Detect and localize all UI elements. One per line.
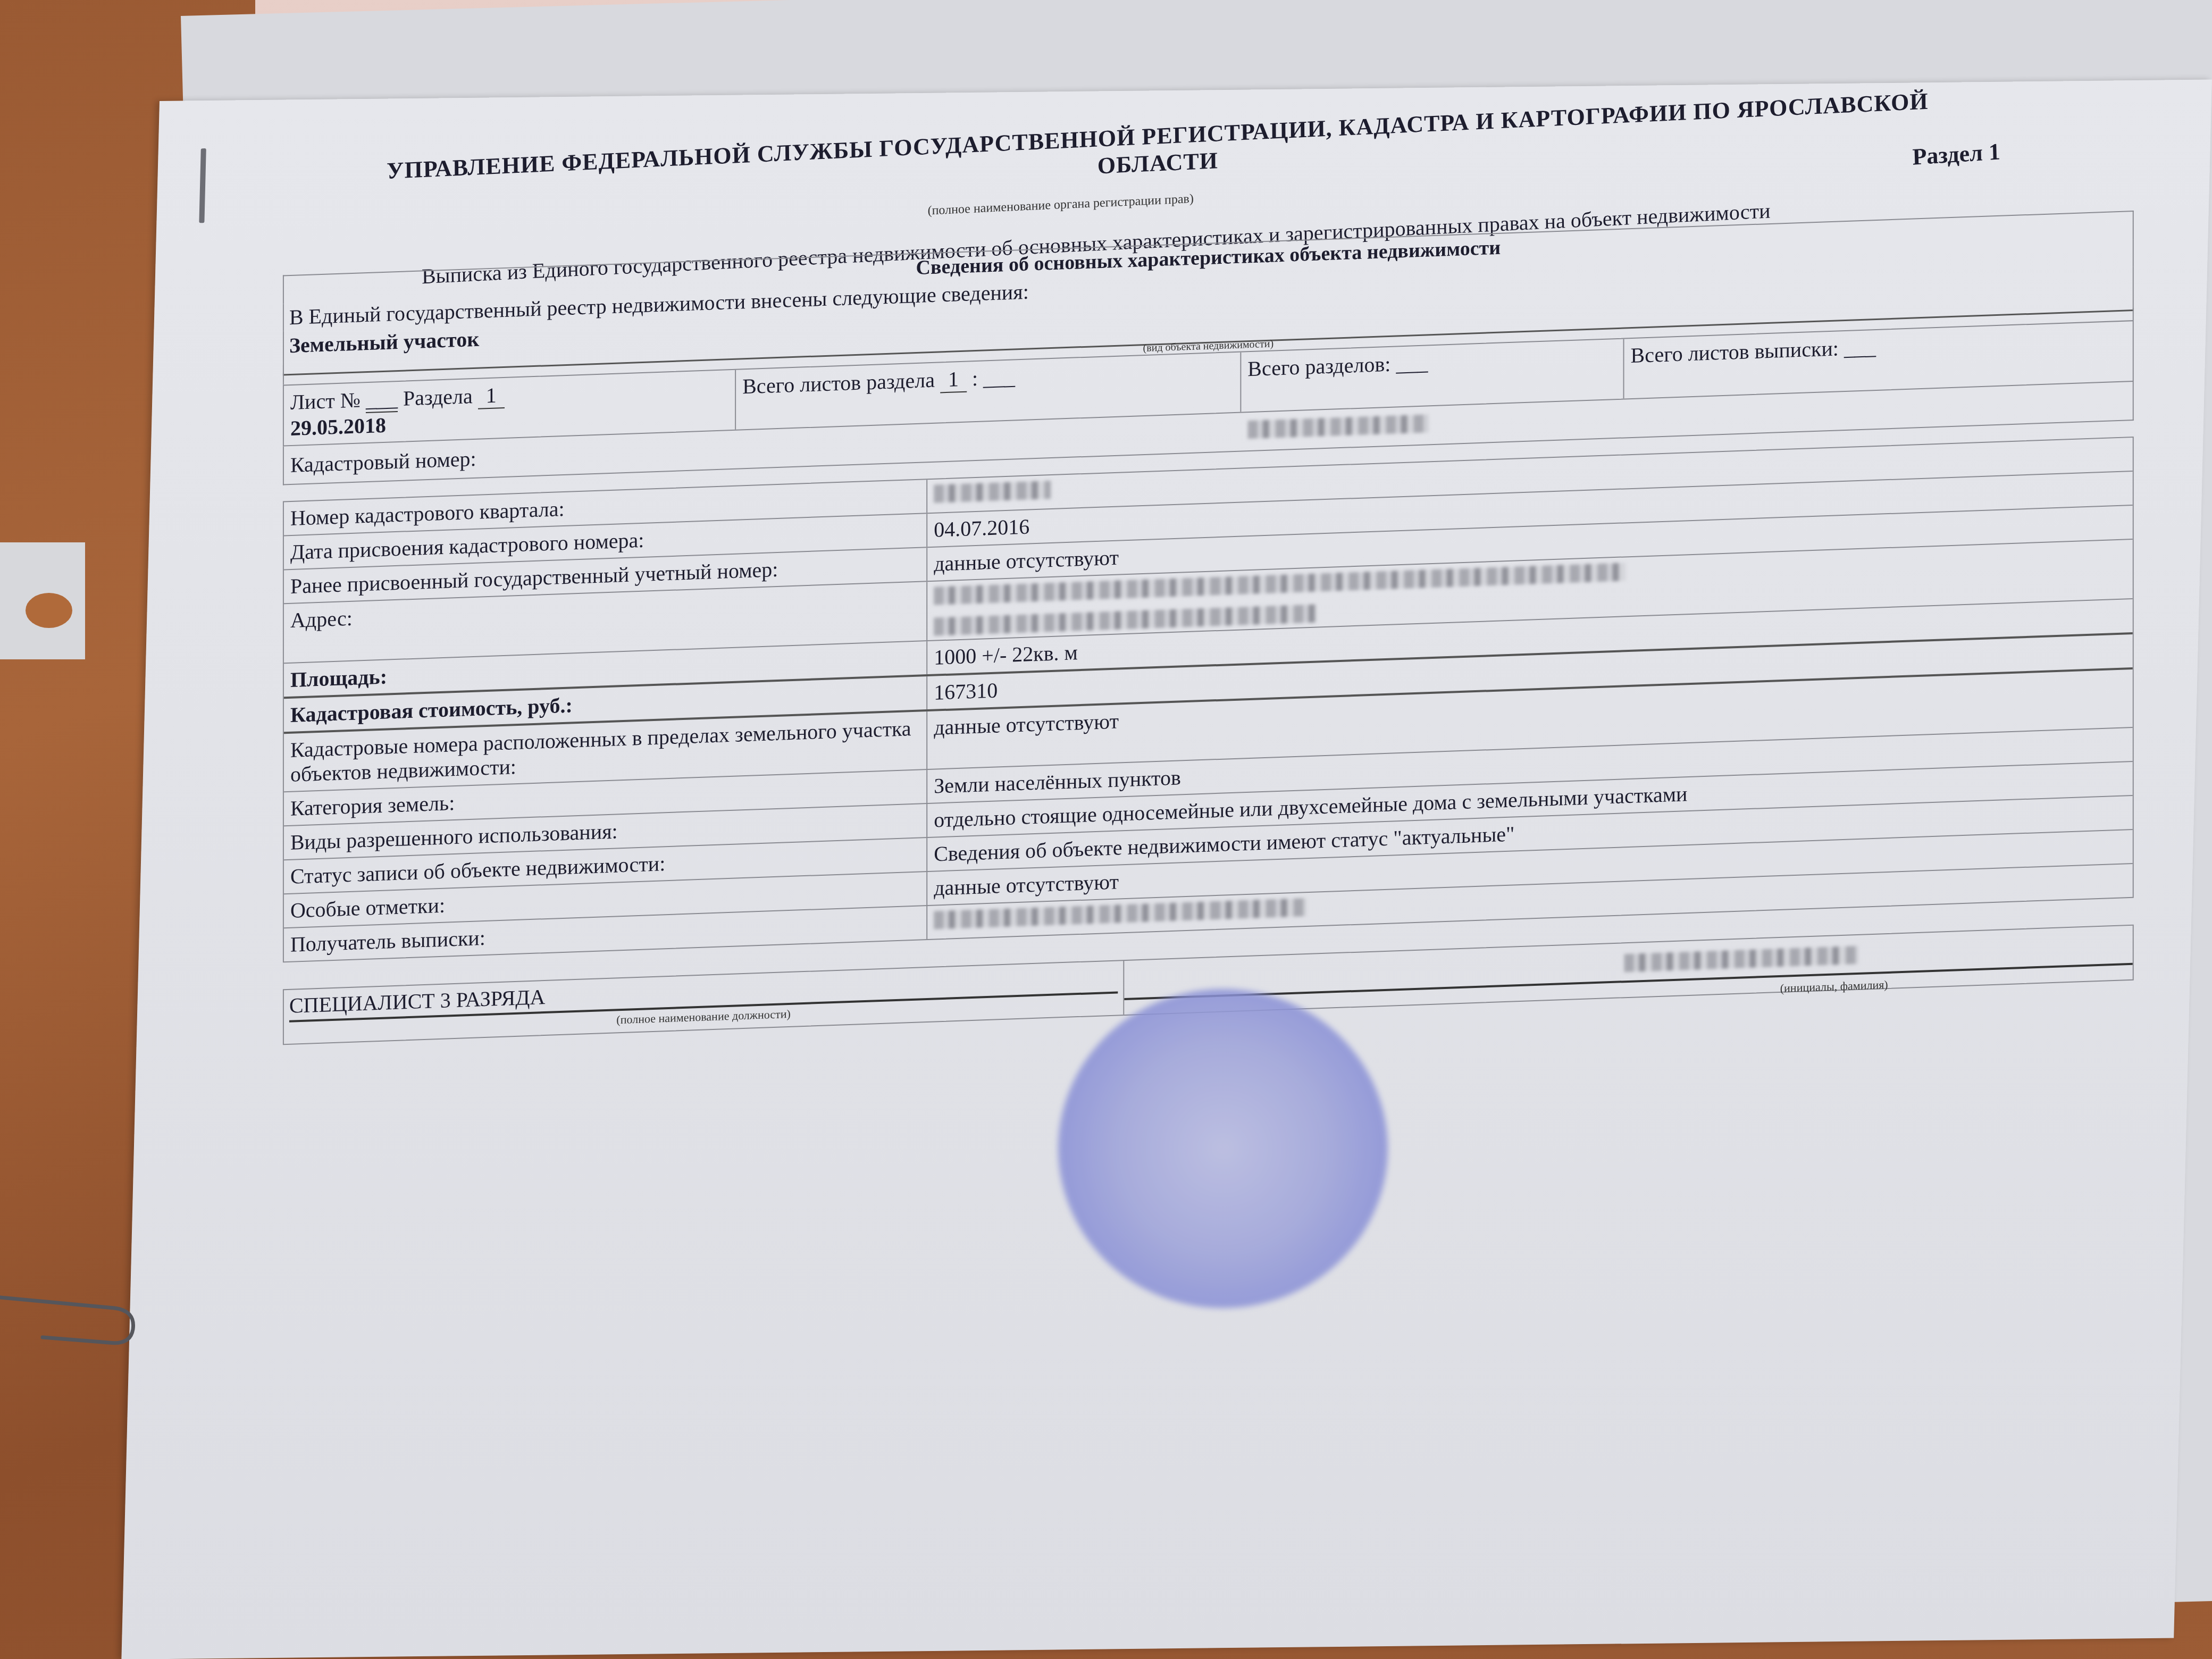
signer-position-cell: СПЕЦИАЛИСТ 3 РАЗРЯДА (полное наименовани… [284,961,1124,1044]
section-label: Раздела [403,384,473,410]
section-sheets-blank: ___ [983,365,1015,390]
document-page: УПРАВЛЕНИЕ ФЕДЕРАЛЬНОЙ СЛУЖБЫ ГОСУДАРСТВ… [121,80,2211,1659]
binder-mark [199,148,206,223]
properties-table: Номер кадастрового квартала:Дата присвое… [283,437,2134,962]
official-stamp [1058,989,1388,1308]
section-sheets-value: 1 [940,366,967,393]
organization-caption: (полное наименование органа регистрации … [927,192,1193,219]
tape-hole [26,593,72,628]
section-value: 1 [478,382,505,409]
section-sheets-label: Всего листов раздела [742,368,935,399]
total-sections-cell: Всего разделов: ___ [1241,339,1624,412]
section-label: Раздел 1 [1912,138,2001,170]
total-sections-value: ___ [1396,350,1428,375]
signer-name-redacted [1624,946,1858,972]
redacted-block [1247,414,1428,439]
paperclip-icon [0,1287,138,1356]
sheet-no-label: Лист № [290,388,361,414]
total-sheets-label: Всего листов выписки: [1631,336,1839,367]
total-sections-label: Всего разделов: [1247,352,1390,381]
sheet-no-value: ___ [366,386,398,413]
redacted-block [934,481,1051,503]
name-caption: (инициалы, фамилия) [1780,978,1888,995]
total-sheets-value: ___ [1844,335,1876,360]
main-table: Сведения об основных характеристиках объ… [283,211,2134,1045]
section-sheets-suffix: : [972,366,978,390]
